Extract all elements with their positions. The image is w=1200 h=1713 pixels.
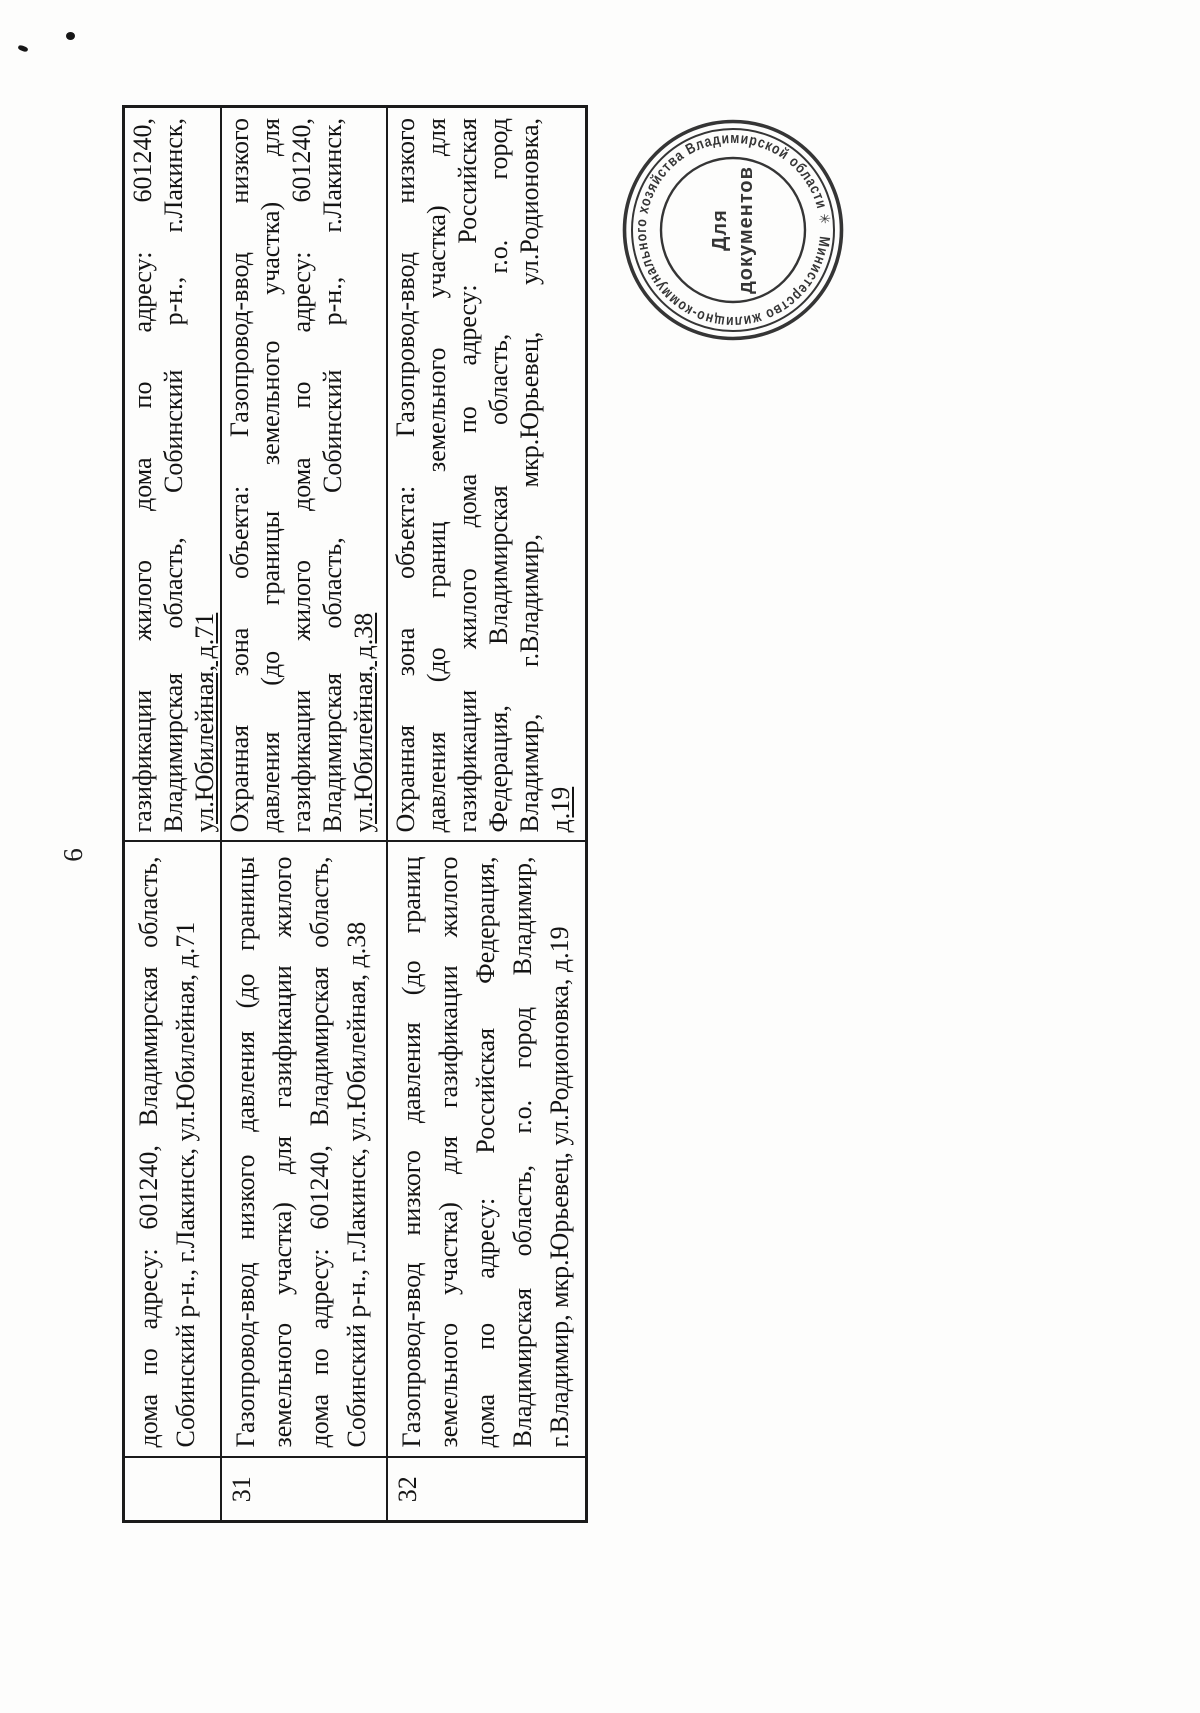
registry-table: дома по адресу: 601240, Владимирская обл…	[122, 105, 588, 1523]
scanned-document-page: { "page": { "number": "6" }, "ink_color"…	[0, 0, 1200, 1713]
row-number-cell	[124, 1458, 222, 1522]
stamp-center-text-line1: Для	[709, 209, 731, 251]
table-row-continuation: дома по адресу: 601240, Владимирская обл…	[124, 107, 222, 1522]
object-name-cell: Газопровод-ввод низкого давления (до гра…	[387, 842, 586, 1458]
rotated-page-content: 6 дома по адресу: 601240, Владимирская о…	[0, 0, 1200, 1713]
stamp-graphic: Министерство жилищно-коммунального хозяй…	[621, 118, 845, 342]
stamp-inner-ring	[661, 158, 805, 302]
row-number-cell: 32	[387, 1458, 586, 1522]
table-row-32: 32 Газопровод-ввод низкого давления (до …	[387, 107, 586, 1522]
row-number-cell: 31	[221, 1458, 387, 1522]
stamp-outer-ring	[625, 122, 842, 339]
object-name-cell: дома по адресу: 601240, Владимирская обл…	[124, 842, 222, 1458]
protection-zone-cell: Охранная зона объекта: Газопровод-ввод н…	[387, 107, 586, 842]
stamp-ring-text: Министерство жилищно-коммунального хозяй…	[633, 130, 833, 330]
table-row-31: 31 Газопровод-ввод низкого давления (до …	[221, 107, 387, 1522]
stamp-center-text-line2: документов	[735, 166, 757, 294]
object-name-cell: Газопровод-ввод низкого давления (до гра…	[221, 842, 387, 1458]
protection-zone-cell: газификации жилого дома по адресу: 60124…	[124, 107, 222, 842]
page-number: 6	[58, 835, 89, 875]
official-stamp: Министерство жилищно-коммунального хозяй…	[621, 118, 845, 342]
protection-zone-cell: Охранная зона объекта: Газопровод-ввод н…	[221, 107, 387, 842]
